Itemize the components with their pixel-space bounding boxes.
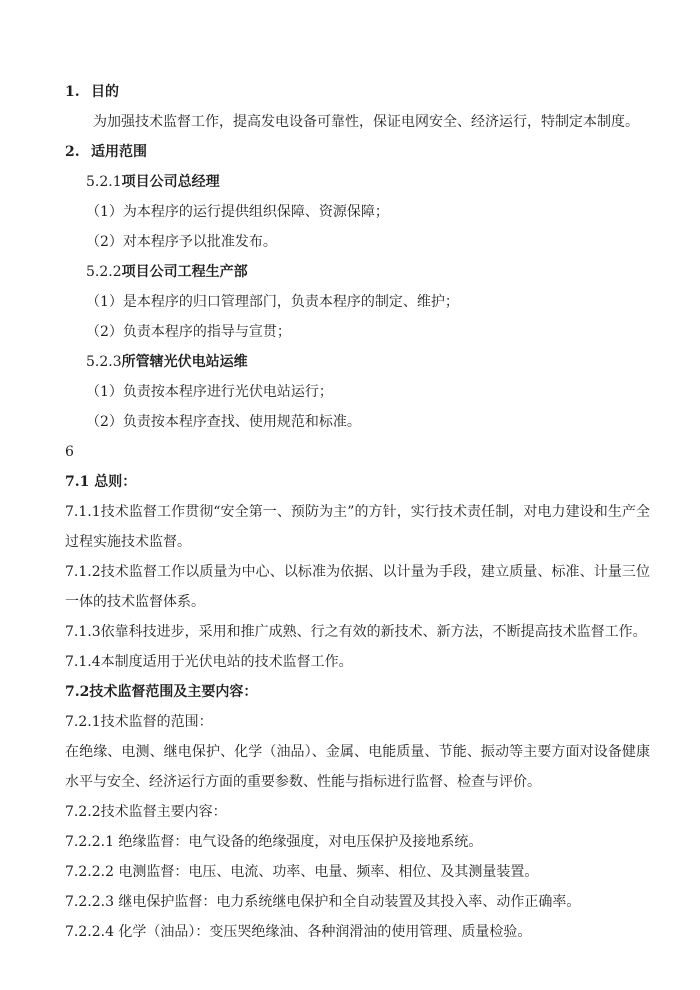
text-run: 为加强技术监督工作，提高发电设备可靠性，保证电网安全、经济运行，特制定本制度。 bbox=[93, 114, 639, 130]
text-run: （1）是本程序的归口管理部门，负责本程序的制定、维护； bbox=[86, 294, 459, 310]
paragraph: 7.1.3依靠科技进步，采用和推广成熟、行之有效的新技术、新方法，不断提高技术监… bbox=[65, 617, 650, 647]
paragraph: 7.2.2技术监督主要内容： bbox=[65, 797, 650, 827]
text-run: 技术监督范围及主要内容： bbox=[89, 684, 257, 700]
document-content: 1.目的为加强技术监督工作，提高发电设备可靠性，保证电网安全、经济运行，特制定本… bbox=[65, 77, 650, 947]
text-run: 7.2.2.2 电测监督：电压、电流、功率、电量、频率、相位、及其测量装置。 bbox=[65, 864, 538, 880]
paragraph: 7.2.1技术监督的范围： bbox=[65, 707, 650, 737]
text-run: 7.1.4本制度适用于光伏电站的技术监督工作。 bbox=[65, 654, 353, 670]
text-run: 目的 bbox=[91, 84, 119, 100]
text-run: 所管辖光伏电站运维 bbox=[122, 354, 248, 370]
text-run: 7.1 bbox=[65, 474, 94, 490]
paragraph: 7.1.1技术监督工作贯彻“安全第一、预防为主”的方针，实行技术责任制，对电力建… bbox=[65, 497, 650, 557]
text-run: 5.2.3 bbox=[86, 354, 122, 370]
text-run: 适用范围 bbox=[91, 144, 147, 160]
text-run: 5.2.1 bbox=[86, 174, 122, 190]
list-item: （2）负责本程序的指导与宣贯； bbox=[86, 317, 650, 347]
text-run: （2）负责本程序的指导与宣贯； bbox=[86, 324, 291, 340]
list-item: （1）是本程序的归口管理部门，负责本程序的制定、维护； bbox=[86, 287, 650, 317]
text-run: 7.1.1技术监督工作贯彻“安全第一、预防为主”的方针，实行技术责任制，对电力建… bbox=[65, 504, 650, 550]
list-item: （2）负责按本程序查找、使用规范和标准。 bbox=[86, 407, 650, 437]
paragraph: 在绝缘、电测、继电保护、化学（油品）、金属、电能质量、节能、振动等主要方面对设备… bbox=[65, 737, 650, 797]
text-run: 7.2.2.4 化学（油品）：变压哭绝缘油、各种润滑油的使用管理、质量检验。 bbox=[65, 924, 531, 940]
list-item: （1）为本程序的运行提供组织保障、资源保障； bbox=[86, 197, 650, 227]
text-run: 在绝缘、电测、继电保护、化学（油品）、金属、电能质量、节能、振动等主要方面对设备… bbox=[65, 744, 650, 790]
paragraph: 7.2.2.2 电测监督：电压、电流、功率、电量、频率、相位、及其测量装置。 bbox=[65, 857, 650, 887]
list-item: （2）对本程序予以批准发布。 bbox=[86, 227, 650, 257]
text-run: 6 bbox=[65, 444, 74, 460]
text-run: （2）对本程序予以批准发布。 bbox=[86, 234, 277, 250]
sub-heading-5-2-3: 5.2.3所管辖光伏电站运维 bbox=[86, 347, 650, 377]
text-run: （2）负责按本程序查找、使用规范和标准。 bbox=[86, 414, 361, 430]
text-run: 项目公司总经理 bbox=[122, 174, 220, 190]
paragraph: 7.2.2.1 绝缘监督：电气设备的绝缘强度，对电压保护及接地系统。 bbox=[65, 827, 650, 857]
text-run: 7.2 bbox=[65, 684, 89, 700]
text-run: （1）为本程序的运行提供组织保障、资源保障； bbox=[86, 204, 389, 220]
paragraph: 7.2.2.4 化学（油品）：变压哭绝缘油、各种润滑油的使用管理、质量检验。 bbox=[65, 917, 650, 947]
section-heading-1: 1.目的 bbox=[65, 77, 650, 107]
text-run: 7.1.2技术监督工作以质量为中心、以标准为依据、以计量为手段，建立质量、标准、… bbox=[65, 564, 650, 610]
text-run: 7.2.2.1 绝缘监督：电气设备的绝缘强度，对电压保护及接地系统。 bbox=[65, 834, 482, 850]
paragraph: 7.1.2技术监督工作以质量为中心、以标准为依据、以计量为手段，建立质量、标准、… bbox=[65, 557, 650, 617]
sub-heading-7-2: 7.2技术监督范围及主要内容： bbox=[65, 677, 650, 707]
list-number: 2. bbox=[65, 137, 91, 167]
paragraph: 7.1.4本制度适用于光伏电站的技术监督工作。 bbox=[65, 647, 650, 677]
document-page: 1.目的为加强技术监督工作，提高发电设备可靠性，保证电网安全、经济运行，特制定本… bbox=[0, 0, 700, 990]
page-number-fragment: 6 bbox=[65, 437, 650, 467]
text-run: 7.2.2技术监督主要内容： bbox=[65, 804, 227, 820]
text-run: （1）负责按本程序进行光伏电站运行； bbox=[86, 384, 333, 400]
section-heading-2: 2.适用范围 bbox=[65, 137, 650, 167]
text-run: 总则： bbox=[94, 474, 136, 490]
text-run: 7.2.2.3 继电保护监督：电力系统继电保护和全自动装置及其投入率、动作正确率… bbox=[65, 894, 580, 910]
paragraph: 为加强技术监督工作，提高发电设备可靠性，保证电网安全、经济运行，特制定本制度。 bbox=[65, 107, 650, 137]
sub-heading-5-2-2: 5.2.2项目公司工程生产部 bbox=[86, 257, 650, 287]
text-run: 5.2.2 bbox=[86, 264, 122, 280]
paragraph: 7.2.2.3 继电保护监督：电力系统继电保护和全自动装置及其投入率、动作正确率… bbox=[65, 887, 650, 917]
list-number: 1. bbox=[65, 77, 91, 107]
list-item: （1）负责按本程序进行光伏电站运行； bbox=[86, 377, 650, 407]
sub-heading-5-2-1: 5.2.1项目公司总经理 bbox=[86, 167, 650, 197]
text-run: 7.1.3依靠科技进步，采用和推广成熟、行之有效的新技术、新方法，不断提高技术监… bbox=[65, 624, 647, 640]
sub-heading-7-1: 7.1 总则： bbox=[65, 467, 650, 497]
text-run: 项目公司工程生产部 bbox=[122, 264, 248, 280]
text-run: 7.2.1技术监督的范围： bbox=[65, 714, 213, 730]
